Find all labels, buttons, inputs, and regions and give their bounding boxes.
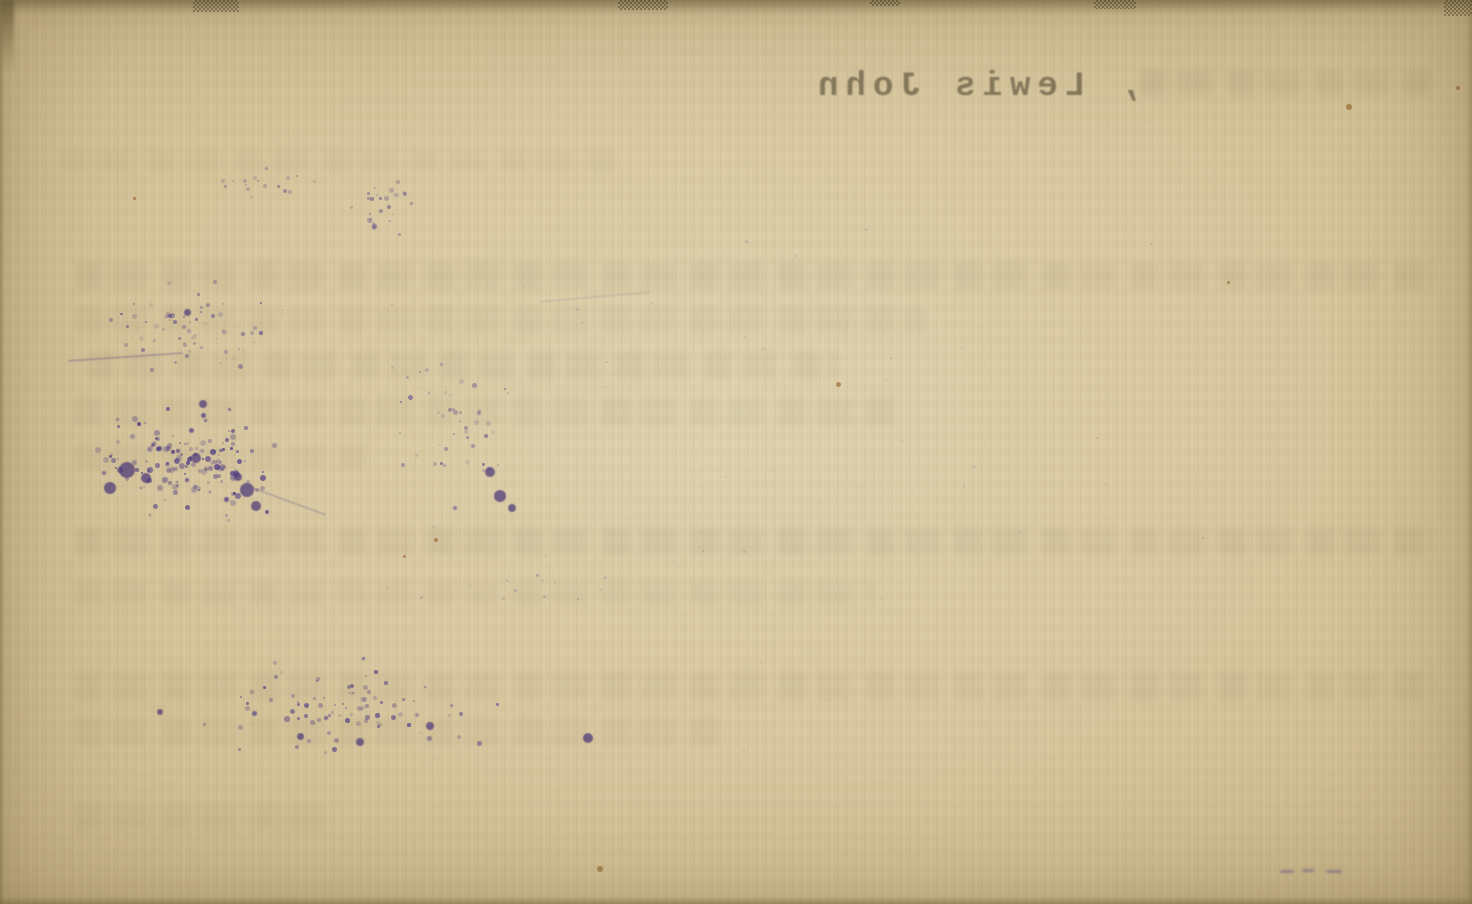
ink-blob <box>157 709 163 715</box>
ink-dot <box>244 426 248 430</box>
ink-dot <box>342 703 344 705</box>
ink-dot <box>331 711 334 714</box>
ink-dot <box>362 657 365 660</box>
ink-dot <box>651 302 653 304</box>
ink-dot <box>246 187 250 191</box>
ghost-text-line <box>88 350 838 380</box>
ink-dot <box>677 565 679 567</box>
ink-dot <box>379 209 383 213</box>
ink-dot <box>257 180 259 182</box>
ink-dot <box>373 696 377 700</box>
ink-dot <box>272 443 277 448</box>
ink-dot <box>139 336 144 341</box>
ink-dot <box>284 716 290 722</box>
ink-dot <box>231 442 235 446</box>
ink-dot <box>200 346 203 349</box>
ink-dot <box>367 192 370 195</box>
ink-dot <box>890 357 892 359</box>
ink-dot <box>152 441 157 446</box>
ink-blob <box>240 483 254 497</box>
ghost-text-line <box>75 306 925 334</box>
ink-dot <box>205 456 211 462</box>
ink-dot <box>176 449 180 453</box>
ink-dot <box>419 371 421 373</box>
ink-dot <box>273 661 277 665</box>
ink-dot <box>316 677 320 681</box>
ink-dot <box>217 474 221 478</box>
ink-dot <box>193 342 196 345</box>
ink-dot <box>773 471 774 472</box>
ink-dot <box>474 420 479 425</box>
ink-dot <box>973 465 976 468</box>
ink-dot <box>224 497 229 502</box>
ink-dot <box>179 463 185 469</box>
ink-dot <box>345 707 347 709</box>
ink-dot <box>1096 437 1098 439</box>
ink-dot <box>157 446 162 451</box>
ink-dot <box>389 188 394 193</box>
ink-dot <box>153 339 156 342</box>
ink-dot <box>338 714 341 717</box>
ink-dot <box>294 184 295 185</box>
ink-dot <box>795 255 797 257</box>
ink-dot <box>881 598 883 600</box>
ink-dot <box>231 429 235 433</box>
ink-dot <box>466 436 469 439</box>
ink-dot <box>825 168 826 169</box>
ink-dot <box>441 414 445 418</box>
ink-dot <box>1105 484 1107 486</box>
ink-dot <box>238 748 241 751</box>
ink-dot <box>168 314 172 318</box>
ink-dot <box>407 723 411 727</box>
ink-dot <box>176 481 178 483</box>
ink-dot <box>131 336 132 337</box>
ink-dot <box>250 449 254 453</box>
ink-dot <box>218 312 223 317</box>
ink-dot <box>365 704 369 708</box>
ink-dot <box>241 332 245 336</box>
ink-dot <box>1018 531 1020 533</box>
ink-dot <box>162 477 168 483</box>
ink-dot <box>189 447 193 451</box>
ink-dot <box>424 686 426 688</box>
ink-dot <box>963 485 965 487</box>
ink-dot <box>173 490 178 495</box>
ink-dot <box>121 313 123 315</box>
ink-dot <box>191 335 196 340</box>
ink-dot <box>174 467 178 471</box>
ink-blob <box>426 722 434 730</box>
ink-dot <box>227 519 230 522</box>
ink-dot <box>116 440 120 444</box>
ink-dot <box>444 391 447 394</box>
ink-dot <box>250 196 253 199</box>
ink-dot <box>109 318 113 322</box>
ink-dot <box>250 331 254 335</box>
ink-dot <box>178 337 181 340</box>
ink-dot <box>207 481 210 484</box>
ink-dot <box>318 703 323 708</box>
rust-speck <box>1456 86 1460 90</box>
ink-dot <box>760 661 762 663</box>
ink-dot <box>224 185 227 188</box>
ink-dot <box>491 430 495 434</box>
ink-dot <box>576 308 579 311</box>
ink-dot <box>478 409 481 412</box>
ink-dot <box>743 550 746 553</box>
ink-dot <box>334 704 336 706</box>
ink-dot <box>111 458 116 463</box>
scan-artifact-patch <box>193 0 239 12</box>
ink-dot <box>504 388 506 390</box>
ink-dot <box>387 205 391 209</box>
ink-dot <box>176 484 179 487</box>
ink-dot <box>744 336 746 338</box>
ink-dot <box>260 475 266 481</box>
ink-dot <box>228 408 231 411</box>
ink-dot <box>393 717 395 719</box>
ink-dot <box>477 741 482 746</box>
ink-dot <box>232 180 234 182</box>
ink-dot <box>432 525 435 528</box>
ink-dot <box>132 314 137 319</box>
ink-dot <box>960 347 962 349</box>
ink-dot <box>472 383 477 388</box>
ink-dot <box>172 435 174 437</box>
ink-blob <box>508 504 516 512</box>
ink-dot <box>688 506 689 507</box>
ink-dot <box>265 510 269 514</box>
ink-dot <box>433 462 437 466</box>
ink-dot <box>117 425 120 428</box>
ink-blob <box>297 733 304 740</box>
ink-dot <box>369 217 373 221</box>
ink-dot <box>384 681 388 685</box>
ink-dot <box>230 434 236 440</box>
ink-dot <box>195 447 198 450</box>
ghost-text-line <box>75 716 725 746</box>
ink-dot <box>262 471 264 473</box>
ink-dot <box>610 241 612 243</box>
ink-dot <box>416 387 417 388</box>
ink-dot <box>226 357 228 359</box>
ink-dot <box>140 487 142 489</box>
ink-dot <box>132 416 138 422</box>
ink-dot <box>606 386 608 388</box>
ink-dot <box>471 444 475 448</box>
ink-dot <box>291 694 295 698</box>
ink-dot <box>545 555 547 557</box>
ink-dot <box>367 690 371 694</box>
ink-dot <box>581 321 584 324</box>
ink-dot <box>218 454 220 456</box>
ink-dot <box>444 447 448 451</box>
ink-dot <box>459 411 462 414</box>
ink-dot <box>743 750 745 752</box>
ink-dot <box>286 176 290 180</box>
scan-artifact-patch <box>1444 0 1472 16</box>
ink-dot <box>230 447 233 450</box>
ink-blob <box>251 501 261 511</box>
ink-dot <box>130 434 135 439</box>
rust-speck <box>836 382 841 387</box>
ink-dot <box>453 410 458 415</box>
scan-edge-bottom <box>0 897 1472 904</box>
ink-dot <box>762 348 764 350</box>
ink-dot <box>362 697 367 702</box>
ink-dot <box>185 505 190 510</box>
ink-dot <box>155 437 158 440</box>
ink-dot <box>784 385 785 386</box>
ink-scratch-line <box>250 486 326 515</box>
ink-dot <box>147 467 153 473</box>
ink-dot <box>200 449 204 453</box>
ink-dot <box>185 354 189 358</box>
ink-dot <box>672 560 674 562</box>
ink-dot <box>369 213 371 215</box>
ink-dot <box>374 670 378 674</box>
ink-dot <box>198 489 200 491</box>
scan-artifact-patch <box>618 0 668 10</box>
ink-blob <box>485 467 495 477</box>
ink-dot <box>303 572 304 573</box>
ink-dot <box>440 363 443 366</box>
ink-dot <box>392 703 397 708</box>
ink-dot <box>392 213 394 215</box>
ink-dot <box>916 395 917 396</box>
scan-edge-right <box>1467 0 1472 904</box>
ink-dot <box>208 466 213 471</box>
ink-dot <box>541 579 544 582</box>
ink-dot <box>102 471 106 475</box>
ink-dot <box>225 438 229 442</box>
ink-dot <box>189 428 194 433</box>
ink-dot <box>401 463 405 467</box>
ink-dot <box>350 206 353 209</box>
ink-dot <box>396 180 400 184</box>
ink-dot <box>260 302 262 304</box>
ink-scratch-line <box>540 291 650 303</box>
ink-dot <box>389 220 391 222</box>
ink-dot <box>116 418 119 421</box>
ink-dot <box>604 576 607 579</box>
ink-blob <box>234 473 242 481</box>
ink-dot <box>425 368 429 372</box>
ghost-text-line <box>60 150 620 172</box>
ink-dot <box>514 589 517 592</box>
ink-dot <box>184 473 186 475</box>
ink-dot <box>183 343 187 347</box>
ink-dot <box>408 395 413 400</box>
faint-pen-mark <box>1326 870 1342 873</box>
ink-dot <box>245 706 250 711</box>
ink-dot <box>225 514 228 517</box>
scan-artifact-patch <box>870 0 900 6</box>
ink-dot <box>885 379 887 381</box>
ink-dot <box>459 420 462 423</box>
ink-dot <box>1150 243 1152 245</box>
ink-dot <box>420 732 422 734</box>
ink-dot <box>725 476 727 478</box>
ink-dot <box>277 185 280 188</box>
ink-dot <box>137 422 141 426</box>
ink-dot <box>415 454 418 457</box>
ink-dot <box>238 364 243 369</box>
ink-dot <box>328 714 331 717</box>
ink-dot <box>133 303 135 305</box>
ink-dot <box>197 293 200 296</box>
ink-dot <box>327 731 331 735</box>
ink-dot <box>380 701 383 704</box>
ink-dot <box>163 446 169 452</box>
ink-dot <box>263 184 267 188</box>
ghost-text-line <box>75 262 1435 290</box>
ink-blob <box>191 453 201 463</box>
aged-paper-sheet: , Lewis John <box>0 0 1472 904</box>
ink-dot <box>143 486 145 488</box>
ink-dot <box>324 716 328 720</box>
ink-blob <box>184 309 191 316</box>
ink-dot <box>1202 537 1204 539</box>
ink-dot <box>459 379 464 384</box>
ink-dot <box>185 478 189 482</box>
ghost-text-line <box>75 526 1435 556</box>
ink-dot <box>977 327 978 328</box>
ink-dot <box>935 420 936 421</box>
ink-dot <box>502 597 505 600</box>
ink-dot <box>374 187 376 189</box>
ink-dot <box>240 696 242 698</box>
ink-dot <box>496 703 499 706</box>
ink-dot <box>274 675 278 679</box>
ink-dot <box>402 698 405 701</box>
ink-dot <box>259 331 263 335</box>
ink-dot <box>349 692 351 694</box>
ink-dot <box>376 194 378 196</box>
ink-dot <box>1068 482 1070 484</box>
ink-dot <box>438 444 440 446</box>
ink-dot <box>145 460 148 463</box>
ink-dot <box>117 458 119 460</box>
ink-dot <box>164 499 166 501</box>
ink-dot <box>202 458 204 460</box>
ink-dot <box>201 469 207 475</box>
rust-speck <box>133 197 136 200</box>
ink-blob <box>494 490 506 502</box>
ink-dot <box>149 514 151 516</box>
ink-dot <box>522 285 525 288</box>
mirrored-typewriter-name: , Lewis John <box>778 68 1140 110</box>
ink-dot <box>157 485 163 491</box>
ink-dot <box>345 718 350 723</box>
ghost-text-line <box>1140 70 1440 96</box>
ink-dot <box>379 197 382 200</box>
ink-dot <box>220 480 223 483</box>
ink-dot <box>1188 441 1189 442</box>
rust-speck <box>1346 104 1352 110</box>
ink-dot <box>221 179 225 183</box>
ink-dot <box>209 491 211 493</box>
ink-dot <box>352 692 354 694</box>
ink-dot <box>375 713 380 718</box>
ink-dot <box>263 686 266 689</box>
faint-pen-mark <box>1280 870 1294 873</box>
scan-edge-left <box>0 0 5 904</box>
ink-dot <box>236 450 239 453</box>
ink-dot <box>901 440 903 442</box>
ink-dot <box>482 463 485 466</box>
ink-dot <box>296 175 298 177</box>
scan-artifact-patch <box>1094 0 1136 9</box>
ghost-text-line <box>75 804 325 830</box>
ink-dot <box>153 504 158 509</box>
ink-dot <box>536 574 539 577</box>
ink-blob <box>104 482 116 494</box>
ink-dot <box>484 434 488 438</box>
ink-dot <box>391 254 393 256</box>
ink-dot <box>415 713 419 717</box>
ink-dot <box>477 338 479 340</box>
ink-dot <box>370 197 374 201</box>
ink-blob <box>199 400 207 408</box>
rust-speck <box>1227 281 1230 284</box>
ink-blob <box>356 738 364 746</box>
ink-dot <box>230 500 236 506</box>
ink-dot <box>459 712 463 716</box>
ink-dot <box>208 439 212 443</box>
ghost-text-line <box>75 670 1435 702</box>
ink-dot <box>391 304 393 306</box>
ink-dot <box>376 721 380 725</box>
ink-dot <box>465 460 470 465</box>
ink-dot <box>252 711 257 716</box>
ink-dot <box>877 475 878 476</box>
ink-dot <box>428 392 430 394</box>
ink-dot <box>188 350 191 353</box>
ink-blob <box>119 462 135 478</box>
ink-dot <box>206 303 210 307</box>
ghost-text-line <box>75 580 875 606</box>
ink-dot <box>243 179 247 183</box>
ghost-text-line <box>75 396 895 426</box>
ink-dot <box>222 330 227 335</box>
ink-dot <box>829 700 831 702</box>
ink-dot <box>497 464 499 466</box>
ink-dot <box>372 226 376 230</box>
ink-dot <box>297 703 300 706</box>
ink-dot <box>290 709 295 714</box>
ink-dot <box>386 587 388 589</box>
ink-dot <box>507 392 509 394</box>
ink-dot <box>166 462 169 465</box>
ink-dot <box>216 338 217 339</box>
ink-dot <box>205 323 207 325</box>
ink-dot <box>745 240 748 243</box>
ink-dot <box>691 471 692 472</box>
faint-pen-mark <box>1302 869 1314 872</box>
ink-dot <box>398 233 401 236</box>
ink-dot <box>154 430 160 436</box>
ink-dot <box>384 196 389 201</box>
ink-dot <box>307 739 311 743</box>
rust-speck <box>403 555 406 558</box>
ink-dot <box>195 485 197 487</box>
ink-dot <box>865 228 868 231</box>
ink-dot <box>155 463 160 468</box>
ink-dot <box>391 366 394 369</box>
ink-dot <box>399 432 401 434</box>
